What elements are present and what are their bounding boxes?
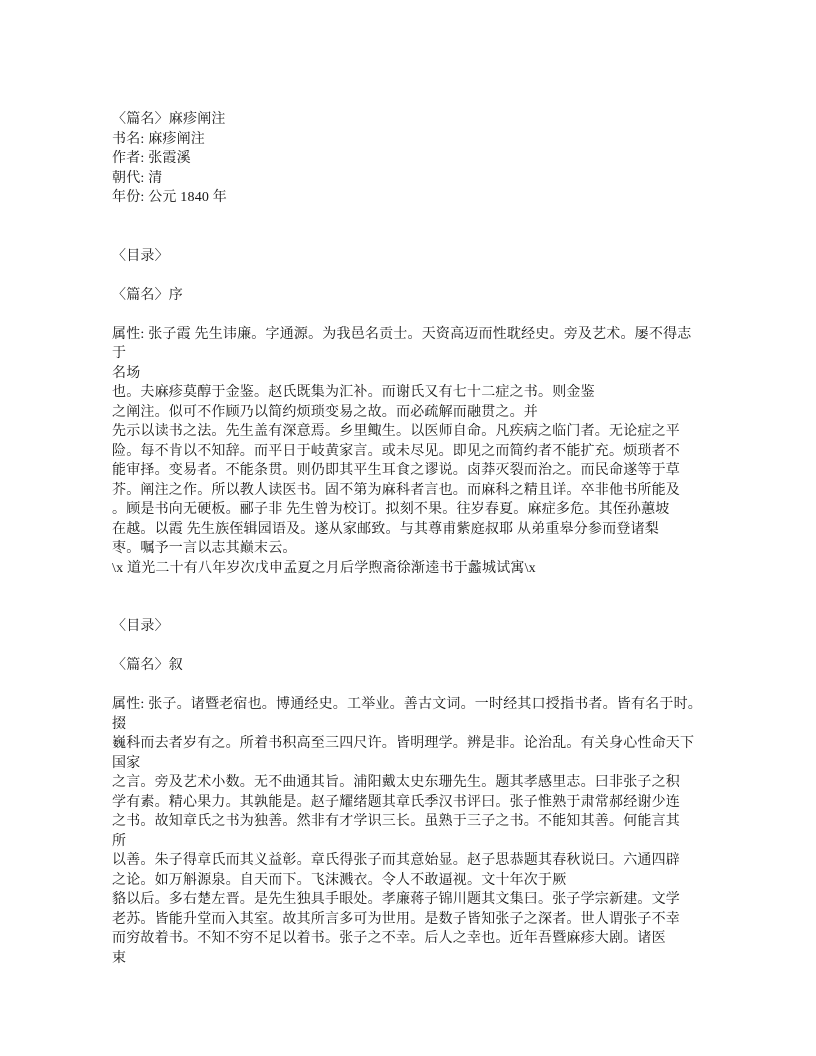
text-line: 书名: 麻疹阐注 xyxy=(112,130,718,150)
text-line: 〈篇名〉序 xyxy=(112,286,718,306)
text-line: 在越。以霞 先生族侄辑园语及。遂从家邮致。与其尊甫紫庭叔耶 从弟重皋分参而登诸梨 xyxy=(112,520,718,540)
text-line: 巍科而去者岁有之。所着书积高至三四尺许。皆明理学。辨是非。论治乱。有关身心性命天… xyxy=(112,734,718,754)
text-line: 国家 xyxy=(112,754,718,774)
text-line: 〈目录〉 xyxy=(112,617,718,637)
text-line: 也。夫麻疹莫醇于金鉴。赵氏既集为汇补。而谢氏又有七十二症之书。则金鉴 xyxy=(112,383,718,403)
text-line: 而穷故着书。不知不穷不足以着书。张子之不幸。后人之幸也。近年吾暨麻疹大剧。诸医 xyxy=(112,929,718,949)
text-line xyxy=(112,208,718,228)
text-line: 属性: 张子。诸暨老宿也。博通经史。工举业。善古文词。一时经其口授指书者。皆有名… xyxy=(112,695,718,715)
text-line: 以善。朱子得章氏而其义益彰。章氏得张子而其意始显。赵子思恭题其春秋说曰。六通四辟 xyxy=(112,851,718,871)
text-line: \x 道光二十有八年岁次戊申孟夏之月后学煦斋徐渐逵书于蠡城试寓\x xyxy=(112,559,718,579)
text-line: 之阐注。似可不作顾乃以简约烦琐变易之故。而必疏解而融贯之。并 xyxy=(112,403,718,423)
text-line: 。顾是书向无硬板。郦子非 先生曾为校订。拟刻不果。往岁春夏。麻症多危。其侄孙蕙坡 xyxy=(112,500,718,520)
text-line: 于 xyxy=(112,344,718,364)
text-line xyxy=(112,227,718,247)
text-line xyxy=(112,676,718,696)
text-line: 之书。故知章氏之书为独善。然非有才学识三长。虽熟于三子之书。不能知其善。何能言其 xyxy=(112,812,718,832)
text-line xyxy=(112,305,718,325)
text-line: 枣。嘱予一言以志其巅末云。 xyxy=(112,539,718,559)
text-line: 掇 xyxy=(112,715,718,735)
text-line: 老苏。皆能升堂而入其室。故其所言多可为世用。是数子皆知张子之深者。世人谓张子不幸 xyxy=(112,910,718,930)
text-line: 〈篇名〉叙 xyxy=(112,656,718,676)
text-line: 貉以后。多右楚左晋。是先生独具手眼处。孝廉蒋子锦川题其文集曰。张子学宗新建。文学 xyxy=(112,890,718,910)
text-line: 险。每不肯以不知辞。而平日于岐黄家言。或未尽见。即见之而简约者不能扩充。烦琐者不 xyxy=(112,442,718,462)
text-line: 先示以读书之法。先生盖有深意焉。乡里鲰生。以医师自命。凡疾病之临门者。无论症之平 xyxy=(112,422,718,442)
text-line: 之论。如万斛源泉。自天而下。飞沫溅衣。令人不敢逼视。文十年次于厥 xyxy=(112,871,718,891)
text-line xyxy=(112,598,718,618)
text-line: 年份: 公元 1840 年 xyxy=(112,188,718,208)
text-line: 〈目录〉 xyxy=(112,247,718,267)
text-line xyxy=(112,578,718,598)
text-line xyxy=(112,637,718,657)
text-line: 束 xyxy=(112,949,718,969)
text-line xyxy=(112,266,718,286)
text-line: 所 xyxy=(112,832,718,852)
text-line: 属性: 张子霞 先生讳廉。字通源。为我邑名贡士。天资高迈而性耽经史。旁及艺术。屡… xyxy=(112,325,718,345)
text-line: 作者: 张霞溪 xyxy=(112,149,718,169)
text-line: 名场 xyxy=(112,364,718,384)
text-line: 芥。阐注之作。所以教人读医书。固不第为麻科者言也。而麻科之精且详。卒非他书所能及 xyxy=(112,481,718,501)
text-block: 〈篇名〉麻疹阐注书名: 麻疹阐注作者: 张霞溪朝代: 清年份: 公元 1840 … xyxy=(112,110,718,968)
text-line: 朝代: 清 xyxy=(112,169,718,189)
text-line: 〈篇名〉麻疹阐注 xyxy=(112,110,718,130)
document-page: 〈篇名〉麻疹阐注书名: 麻疹阐注作者: 张霞溪朝代: 清年份: 公元 1840 … xyxy=(0,0,816,1056)
text-line: 能审择。变易者。不能条贯。则仍即其平生耳食之谬说。卤莽灭裂而治之。而民命遂等于草 xyxy=(112,461,718,481)
text-line: 之言。旁及艺术小数。无不曲通其旨。浦阳戴太史东珊先生。题其孝感里志。曰非张子之积 xyxy=(112,773,718,793)
text-line: 学有素。精心果力。其孰能是。赵子耀绪题其章氏季汉书评曰。张子惟熟于肃常郝经谢少连 xyxy=(112,793,718,813)
